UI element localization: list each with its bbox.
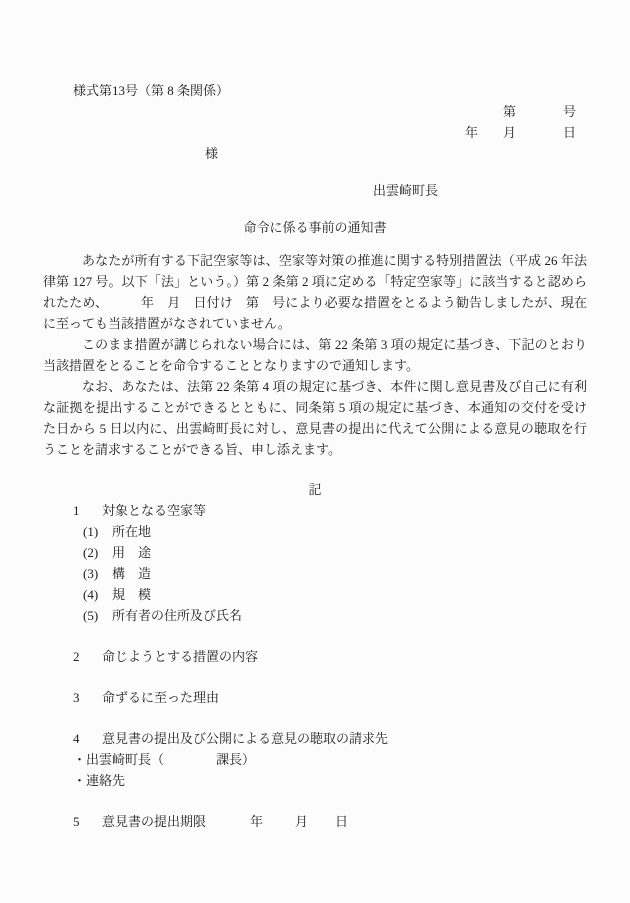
section-4-number: 4 [73, 728, 102, 749]
section-4-heading: 4意見書の提出及び公開による意見の聴取の請求先 [73, 728, 587, 749]
section-1-item-2: (2)用 途 [83, 542, 587, 563]
section-2-title: 命じようとする措置の内容 [102, 649, 258, 664]
section-4-bullet-2: ・連絡先 [73, 770, 587, 791]
paragraph-3: なお、あなたは、法第 22 条第 4 項の規定に基づき、本件に関し意見書及び自己… [43, 376, 587, 460]
item-3-label: (3) [83, 563, 112, 584]
addressee-honorific: 様 [205, 143, 587, 164]
section-1-item-5: (5)所有者の住所及び氏名 [83, 605, 587, 626]
sender-name: 出雲崎町長 [373, 180, 587, 201]
section-3-heading: 3命ずるに至った理由 [73, 687, 587, 708]
section-4-bullet-1: ・出雲崎町長（ 課長） [73, 749, 587, 770]
deadline-day-label: 日 [335, 814, 348, 829]
section-1-item-4: (4)規 模 [83, 584, 587, 605]
section-1-number: 1 [73, 500, 102, 521]
section-1-title: 対象となる空家等 [102, 503, 206, 518]
section-2-heading: 2命じようとする措置の内容 [73, 646, 587, 667]
section-1-item-1: (1)所在地 [83, 521, 587, 542]
doc-number-suffix: 号 [563, 104, 576, 119]
section-2-number: 2 [73, 646, 102, 667]
item-2-label: (2) [83, 542, 112, 563]
form-number-label: 様式第13号（第 8 条関係） [73, 80, 587, 101]
deadline-year-label: 年 [250, 814, 263, 829]
body-text: あなたが所有する下記空家等は、空家等対策の推進に関する特別措置法（平成 26 年… [43, 250, 587, 460]
item-4-label: (4) [83, 584, 112, 605]
date-day-label: 日 [563, 125, 576, 140]
paragraph-2: このまま措置が講じられない場合には、第 22 条第 3 項の規定に基づき、下記の… [43, 334, 587, 376]
section-1-item-3: (3)構 造 [83, 563, 587, 584]
section-3-title: 命ずるに至った理由 [102, 690, 219, 705]
document-number-line: 第号 [43, 101, 587, 122]
section-3-number: 3 [73, 687, 102, 708]
date-line: 年月日 [43, 122, 587, 143]
section-5-title: 意見書の提出期限 [102, 814, 206, 829]
ki-marker: 記 [43, 479, 587, 500]
section-5-number: 5 [73, 811, 102, 832]
section-1-heading: 1対象となる空家等 [73, 500, 587, 521]
notice-document-page: 様式第13号（第 8 条関係） 第号 年月日 様 出雲崎町長 命令に係る事前の通… [0, 0, 630, 903]
item-1-label: (1) [83, 521, 112, 542]
date-year-label: 年 [465, 125, 478, 140]
item-5-label: (5) [83, 605, 112, 626]
date-month-label: 月 [503, 125, 516, 140]
item-4-text: 規 模 [112, 587, 151, 602]
document-title: 命令に係る事前の通知書 [43, 217, 587, 238]
section-5-heading: 5意見書の提出期限年月日 [73, 811, 587, 832]
item-1-text: 所在地 [112, 524, 151, 539]
section-4-title: 意見書の提出及び公開による意見の聴取の請求先 [102, 731, 388, 746]
item-3-text: 構 造 [112, 566, 151, 581]
doc-number-prefix: 第 [503, 104, 516, 119]
paragraph-1: あなたが所有する下記空家等は、空家等対策の推進に関する特別措置法（平成 26 年… [43, 250, 587, 334]
item-5-text: 所有者の住所及び氏名 [112, 608, 242, 623]
item-2-text: 用 途 [112, 545, 151, 560]
deadline-month-label: 月 [295, 814, 308, 829]
